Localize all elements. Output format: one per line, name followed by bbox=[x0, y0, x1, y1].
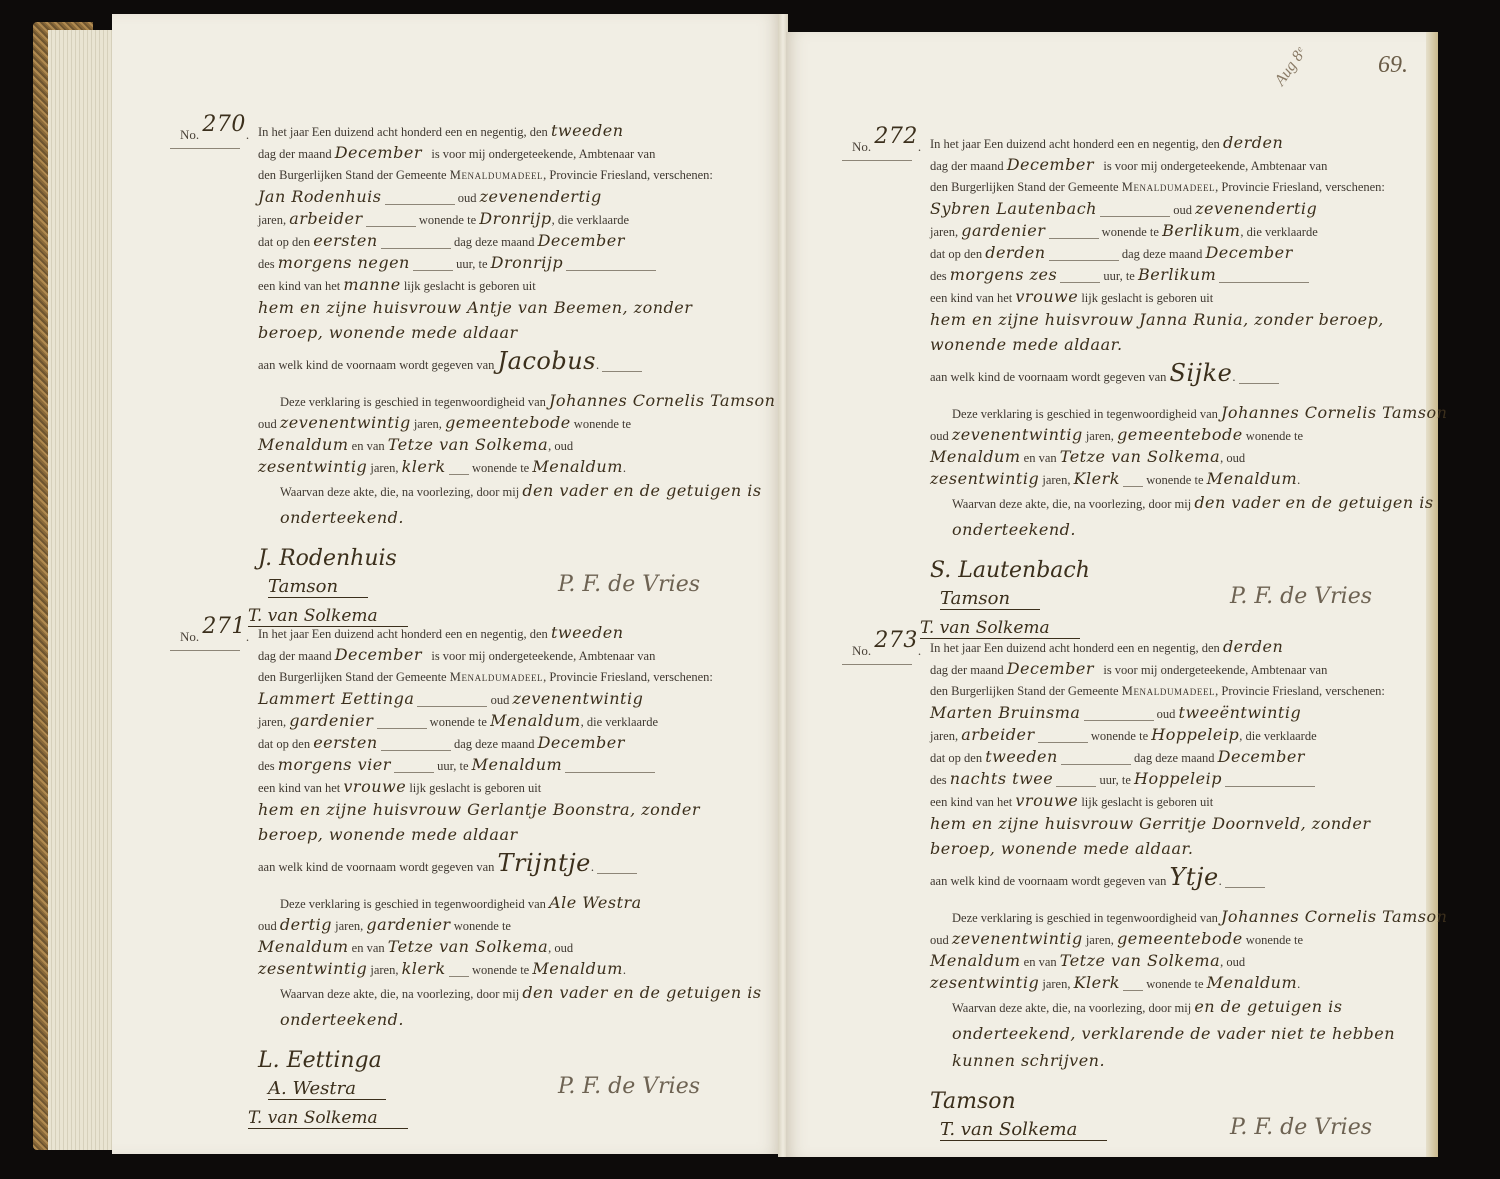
line-date: In het jaar Een duizend acht honderd een… bbox=[258, 622, 778, 644]
municipality: Menaldumadeel bbox=[450, 670, 543, 684]
field-parents: hem en zijne huisvrouw Antje van Beemen,… bbox=[258, 298, 692, 342]
line-witness2-details: zesentwintig jaren, klerk wonende te Men… bbox=[258, 456, 778, 478]
field-residence: Menaldum bbox=[490, 711, 581, 730]
line-witness2: Menaldum en van Tetze van Solkema, oud bbox=[930, 950, 1450, 972]
field-declarant: Lammert Eettinga bbox=[258, 689, 414, 708]
entry-number: No. 270. bbox=[180, 120, 250, 145]
line-time: des morgens negen uur, te Dronrijp bbox=[258, 252, 778, 274]
field-witness1: Johannes Cornelis Tamson bbox=[1221, 403, 1447, 422]
line-municipality: den Burgerlijken Stand der Gemeente Mena… bbox=[930, 176, 1450, 198]
line-occupation: jaren, gardenier wonende te Menaldum, di… bbox=[258, 710, 778, 732]
line-sex: een kind van het vrouwe lijk geslacht is… bbox=[930, 286, 1450, 308]
line-witness2: Menaldum en van Tetze van Solkema, oud bbox=[930, 446, 1450, 468]
field-witness1: Johannes Cornelis Tamson bbox=[1221, 907, 1447, 926]
field-birth-month: December bbox=[1205, 243, 1292, 262]
birth-entry: No. 270. In het jaar Een duizend acht ho… bbox=[258, 120, 778, 642]
line-sex: een kind van het manne lijk geslacht is … bbox=[258, 274, 778, 296]
field-parents: hem en zijne huisvrouw Gerritje Doornvel… bbox=[930, 814, 1371, 858]
entry-number: No. 273. bbox=[852, 636, 922, 661]
field-declarant: Marten Bruinsma bbox=[930, 703, 1080, 722]
field-time: nachts twee bbox=[950, 769, 1053, 788]
line-occupation: jaren, gardenier wonende te Berlikum, di… bbox=[930, 220, 1450, 242]
line-declarant: Lammert Eettinga oud zevenentwintig bbox=[258, 688, 778, 710]
signature-block: L. Eettinga A. Westra T. van Solkema P. … bbox=[258, 1034, 778, 1144]
official-signature: P. F. de Vries bbox=[1230, 1115, 1372, 1140]
field-month: December bbox=[335, 143, 422, 162]
line-witness2-details: zesentwintig jaren, Klerk wonende te Men… bbox=[930, 468, 1450, 490]
field-occupation: gardenier bbox=[289, 711, 373, 730]
line-child-name: aan welk kind de voornaam wordt gegeven … bbox=[258, 346, 778, 376]
line-parents: hem en zijne huisvrouw Janna Runia, zond… bbox=[930, 308, 1430, 358]
field-birth-place: Berlikum bbox=[1138, 265, 1216, 284]
field-parents: hem en zijne huisvrouw Janna Runia, zond… bbox=[930, 310, 1384, 354]
line-witness1: Deze verklaring is geschied in tegenwoor… bbox=[930, 906, 1450, 928]
line-municipality: den Burgerlijken Stand der Gemeente Mena… bbox=[258, 164, 778, 186]
line-time: des nachts twee uur, te Hoppeleip bbox=[930, 768, 1450, 790]
line-declarant: Sybren Lautenbach oud zevenendertig bbox=[930, 198, 1450, 220]
field-birth-place: Hoppeleip bbox=[1134, 769, 1222, 788]
line-occupation: jaren, arbeider wonende te Hoppeleip, di… bbox=[930, 724, 1450, 746]
field-occupation: gardenier bbox=[961, 221, 1045, 240]
line-occupation: jaren, arbeider wonende te Dronrijp, die… bbox=[258, 208, 778, 230]
line-time: des morgens vier uur, te Menaldum bbox=[258, 754, 778, 776]
line-declarant: Marten Bruinsma oud tweeëntwintig bbox=[930, 702, 1450, 724]
line-witness2: Menaldum en van Tetze van Solkema, oud bbox=[258, 936, 778, 958]
line-time: des morgens zes uur, te Berlikum bbox=[930, 264, 1450, 286]
municipality: Menaldumadeel bbox=[450, 168, 543, 182]
line-date: In het jaar Een duizend acht honderd een… bbox=[258, 120, 778, 142]
line-parents: hem en zijne huisvrouw Antje van Beemen,… bbox=[258, 296, 758, 346]
line-child-name: aan welk kind de voornaam wordt gegeven … bbox=[930, 862, 1450, 892]
line-parents: hem en zijne huisvrouw Gerlantje Boonstr… bbox=[258, 798, 758, 848]
line-sex: een kind van het vrouwe lijk geslacht is… bbox=[258, 776, 778, 798]
official-signature: P. F. de Vries bbox=[558, 1074, 700, 1099]
line-witness1-details: oud zevenentwintig jaren, gemeentebode w… bbox=[258, 412, 778, 434]
field-residence: Dronrijp bbox=[479, 209, 551, 228]
field-day: derden bbox=[1223, 637, 1283, 656]
line-month: dag der maand December is voor mij onder… bbox=[930, 658, 1450, 680]
field-day: derden bbox=[1223, 133, 1283, 152]
folio-number: 69. bbox=[1378, 52, 1408, 79]
signature-1: J. Rodenhuis bbox=[258, 546, 397, 571]
field-time: morgens negen bbox=[278, 253, 410, 272]
field-child-name: Sijke bbox=[1170, 359, 1233, 387]
field-birth-day: eersten bbox=[313, 733, 378, 752]
field-residence: Hoppeleip bbox=[1151, 725, 1239, 744]
birth-entry: No. 271. In het jaar Een duizend acht ho… bbox=[258, 622, 778, 1144]
line-closing: Waarvan deze akte, die, na voorlezing, d… bbox=[258, 478, 780, 532]
signature-3: T. van Solkema bbox=[248, 1108, 408, 1129]
field-month: December bbox=[335, 645, 422, 664]
line-month: dag der maand December is voor mij onder… bbox=[258, 644, 778, 666]
municipality: Menaldumadeel bbox=[1122, 684, 1215, 698]
line-date: In het jaar Een duizend acht honderd een… bbox=[930, 636, 1450, 658]
entry-number: No. 271. bbox=[180, 622, 250, 647]
field-month: December bbox=[1007, 659, 1094, 678]
field-birth-month: December bbox=[538, 733, 625, 752]
birth-entry: No. 273. In het jaar Een duizend acht ho… bbox=[930, 636, 1450, 1179]
line-closing: Waarvan deze akte, die, na voorlezing, d… bbox=[258, 980, 780, 1034]
field-birth-month: December bbox=[1218, 747, 1305, 766]
field-witness2: Tetze van Solkema bbox=[388, 435, 548, 454]
line-witness1-details: oud dertig jaren, gardenier wonende te bbox=[258, 914, 778, 936]
field-declarant-age: zevenendertig bbox=[1195, 199, 1317, 218]
signature-2: Tamson bbox=[940, 588, 1040, 610]
line-witness1-details: oud zevenentwintig jaren, gemeentebode w… bbox=[930, 424, 1450, 446]
signature-block: Tamson T. van Solkema P. F. de Vries bbox=[930, 1075, 1450, 1179]
signature-2: A. Westra bbox=[268, 1078, 386, 1100]
line-witness1: Deze verklaring is geschied in tegenwoor… bbox=[930, 402, 1450, 424]
field-occupation: arbeider bbox=[961, 725, 1034, 744]
field-sex: vrouwe bbox=[1015, 791, 1078, 810]
line-closing: Waarvan deze akte, die, na voorlezing, d… bbox=[930, 994, 1452, 1075]
field-birth-day: eersten bbox=[313, 231, 378, 250]
signature-2: Tamson bbox=[268, 576, 368, 598]
line-witness2-details: zesentwintig jaren, Klerk wonende te Men… bbox=[930, 972, 1450, 994]
line-month: dag der maand December is voor mij onder… bbox=[930, 154, 1450, 176]
field-declarant-age: zevenentwintig bbox=[512, 689, 643, 708]
field-sex: vrouwe bbox=[343, 777, 406, 796]
line-municipality: den Burgerlijken Stand der Gemeente Mena… bbox=[930, 680, 1450, 702]
line-birth-day: dat op den tweeden dag deze maand Decemb… bbox=[930, 746, 1450, 768]
line-sex: een kind van het vrouwe lijk geslacht is… bbox=[930, 790, 1450, 812]
line-declarant: Jan Rodenhuis oud zevenendertig bbox=[258, 186, 778, 208]
line-parents: hem en zijne huisvrouw Gerritje Doornvel… bbox=[930, 812, 1430, 862]
line-closing: Waarvan deze akte, die, na voorlezing, d… bbox=[930, 490, 1452, 544]
field-sex: manne bbox=[343, 275, 400, 294]
birth-entry: No. 272. In het jaar Een duizend acht ho… bbox=[930, 132, 1450, 654]
line-witness1: Deze verklaring is geschied in tegenwoor… bbox=[258, 390, 778, 412]
field-time: morgens vier bbox=[278, 755, 391, 774]
field-day: tweeden bbox=[551, 623, 624, 642]
field-child-name: Ytje bbox=[1170, 863, 1219, 891]
municipality: Menaldumadeel bbox=[1122, 180, 1215, 194]
field-birth-month: December bbox=[538, 231, 625, 250]
field-declarant: Sybren Lautenbach bbox=[930, 199, 1097, 218]
field-witness2: Tetze van Solkema bbox=[1060, 447, 1220, 466]
signature-2: T. van Solkema bbox=[940, 1119, 1107, 1141]
line-witness1: Deze verklaring is geschied in tegenwoor… bbox=[258, 892, 778, 914]
line-date: In het jaar Een duizend acht honderd een… bbox=[930, 132, 1450, 154]
field-witness2: Tetze van Solkema bbox=[1060, 951, 1220, 970]
signature-1: Tamson bbox=[930, 1089, 1016, 1114]
field-day: tweeden bbox=[551, 121, 624, 140]
signature-1: S. Lautenbach bbox=[930, 558, 1090, 583]
signature-1: L. Eettinga bbox=[258, 1048, 382, 1073]
line-witness2: Menaldum en van Tetze van Solkema, oud bbox=[258, 434, 778, 456]
field-birth-place: Menaldum bbox=[472, 755, 563, 774]
line-birth-day: dat op den eersten dag deze maand Decemb… bbox=[258, 732, 778, 754]
line-month: dag der maand December is voor mij onder… bbox=[258, 142, 778, 164]
field-witness1: Ale Westra bbox=[549, 893, 642, 912]
line-child-name: aan welk kind de voornaam wordt gegeven … bbox=[258, 848, 778, 878]
field-sex: vrouwe bbox=[1015, 287, 1078, 306]
field-time: morgens zes bbox=[950, 265, 1057, 284]
field-birth-day: derden bbox=[985, 243, 1045, 262]
field-declarant-age: zevenendertig bbox=[480, 187, 602, 206]
entry-number: No. 272. bbox=[852, 132, 922, 157]
line-child-name: aan welk kind de voornaam wordt gegeven … bbox=[930, 358, 1450, 388]
line-birth-day: dat op den derden dag deze maand Decembe… bbox=[930, 242, 1450, 264]
field-child-name: Jacobus bbox=[498, 347, 596, 375]
field-declarant: Jan Rodenhuis bbox=[258, 187, 381, 206]
page-stack bbox=[48, 30, 118, 1150]
line-witness2-details: zesentwintig jaren, klerk wonende te Men… bbox=[258, 958, 778, 980]
field-birth-place: Dronrijp bbox=[491, 253, 563, 272]
field-month: December bbox=[1007, 155, 1094, 174]
field-child-name: Trijntje bbox=[498, 849, 591, 877]
line-municipality: den Burgerlijken Stand der Gemeente Mena… bbox=[258, 666, 778, 688]
field-occupation: arbeider bbox=[289, 209, 362, 228]
field-declarant-age: tweeëntwintig bbox=[1179, 703, 1302, 722]
official-signature: P. F. de Vries bbox=[558, 572, 700, 597]
field-parents: hem en zijne huisvrouw Gerlantje Boonstr… bbox=[258, 800, 700, 844]
field-witness1: Johannes Cornelis Tamson bbox=[549, 391, 775, 410]
field-residence: Berlikum bbox=[1162, 221, 1240, 240]
line-birth-day: dat op den eersten dag deze maand Decemb… bbox=[258, 230, 778, 252]
field-witness2: Tetze van Solkema bbox=[388, 937, 548, 956]
field-birth-day: tweeden bbox=[985, 747, 1058, 766]
line-witness1-details: oud zevenentwintig jaren, gemeentebode w… bbox=[930, 928, 1450, 950]
official-signature: P. F. de Vries bbox=[1230, 584, 1372, 609]
